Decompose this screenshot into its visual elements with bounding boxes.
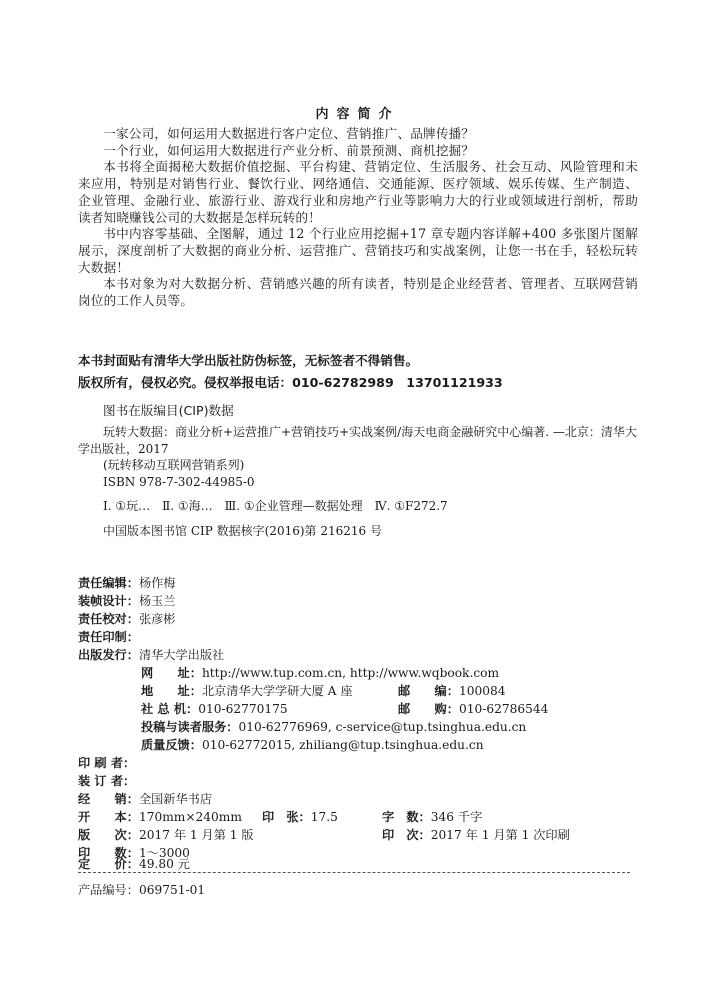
- switchboard-value: 010-62770175: [198, 702, 287, 716]
- price-row: 定 价：49.80 元: [78, 855, 190, 872]
- cip-classification: Ⅰ. ①玩… Ⅱ. ①海… Ⅲ. ①企业管理—数据处理 Ⅳ. ①F272.7: [78, 498, 638, 515]
- copyright-notice: 版权所有，侵权必究。侵权举报电话：010-62782989 1370112193…: [78, 372, 503, 391]
- dashed-divider: [78, 872, 630, 873]
- impression-label: 印 次：: [382, 828, 431, 842]
- address-label: 地 址：: [141, 684, 202, 698]
- copyright-page: 内容简介 一家公司，如何运用大数据进行客户定位、营销推广、品牌传播？ 一个行业，…: [0, 0, 715, 1000]
- edition-row: 版 次：2017 年 1 月第 1 版: [78, 826, 254, 843]
- design-row: 装帧设计：杨玉兰: [78, 592, 176, 609]
- cip-block: 玩转大数据：商业分析+运营推广+营销技巧+实战案例/海天电商金融研究中心编著. …: [78, 424, 638, 539]
- print-resp-label: 责任印制：: [78, 630, 139, 644]
- cip-title: 图书在版编目(CIP)数据: [103, 400, 234, 419]
- binder-row: 装 订 者：: [78, 772, 135, 789]
- publisher-label: 出版发行：: [78, 648, 139, 662]
- service-value: 010-62776969, c-service@tup.tsinghua.edu…: [239, 720, 527, 734]
- format-value: 170mm×240mm: [139, 810, 242, 824]
- distributor-label: 经 销：: [78, 792, 139, 806]
- feedback-row: 质量反馈：010-62772015, zhiliang@tup.tsinghua…: [141, 736, 484, 753]
- printer-label: 印 刷 者：: [78, 756, 135, 770]
- impression-row: 印 次：2017 年 1 月第 1 次印刷: [382, 826, 570, 843]
- publisher-value: 清华大学出版社: [139, 648, 224, 662]
- mailorder-row: 邮 购：010-62786544: [398, 700, 548, 717]
- summary-paragraph: 本书将全面揭秘大数据价值挖掘、平台构建、营销定位、生活服务、社会互动、风险管理和…: [78, 159, 638, 226]
- feedback-value: 010-62772015, zhiliang@tup.tsinghua.edu.…: [202, 738, 484, 752]
- summary-body: 一家公司，如何运用大数据进行客户定位、营销推广、品牌传播？ 一个行业，如何运用大…: [78, 126, 638, 310]
- switchboard-label: 社 总 机：: [141, 702, 198, 716]
- words-label: 字 数：: [382, 810, 431, 824]
- product-no-row: 产品编号：069751-01: [78, 881, 205, 898]
- price-value: 49.80 元: [139, 857, 190, 871]
- web-label: 网 址：: [141, 666, 202, 680]
- web-value: http://www.tup.com.cn, http://www.wqbook…: [202, 666, 499, 680]
- address-row: 地 址：北京清华大学学研大厦 A 座: [141, 682, 353, 699]
- summary-paragraph: 书中内容零基础、全图解，通过 12 个行业应用挖掘+17 章专题内容详解+400…: [78, 226, 638, 276]
- summary-title: 内容简介: [0, 103, 715, 122]
- edition-value: 2017 年 1 月第 1 版: [139, 828, 254, 842]
- service-label: 投稿与读者服务：: [141, 720, 239, 734]
- format-label: 开 本：: [78, 810, 139, 824]
- editor-value: 杨作梅: [139, 576, 176, 590]
- publisher-row: 出版发行：清华大学出版社: [78, 646, 224, 663]
- postcode-row: 邮 编：100084: [398, 682, 505, 699]
- design-label: 装帧设计：: [78, 594, 139, 608]
- proof-row: 责任校对：张彦彬: [78, 610, 176, 627]
- proof-value: 张彦彬: [139, 612, 176, 626]
- product-no-label: 产品编号：: [78, 883, 139, 897]
- words-row: 字 数：346 千字: [382, 808, 482, 825]
- impression-value: 2017 年 1 月第 1 次印刷: [431, 828, 570, 842]
- summary-paragraph: 一家公司，如何运用大数据进行客户定位、营销推广、品牌传播？: [78, 126, 638, 143]
- proof-label: 责任校对：: [78, 612, 139, 626]
- feedback-label: 质量反馈：: [141, 738, 202, 752]
- product-no-value: 069751-01: [139, 883, 205, 897]
- postcode-value: 100084: [459, 684, 506, 698]
- design-value: 杨玉兰: [139, 594, 176, 608]
- service-row: 投稿与读者服务：010-62776969, c-service@tup.tsin…: [141, 718, 526, 735]
- words-value: 346 千字: [431, 810, 483, 824]
- summary-paragraph: 本书对象为对大数据分析、营销感兴趣的所有读者，特别是企业经营者、管理者、互联网营…: [78, 276, 638, 309]
- address-value: 北京清华大学学研大厦 A 座: [202, 684, 353, 698]
- printer-row: 印 刷 者：: [78, 754, 135, 771]
- cip-isbn: ISBN 978-7-302-44985-0: [78, 474, 638, 491]
- postcode-label: 邮 编：: [398, 684, 459, 698]
- cip-verification: 中国版本图书馆 CIP 数据核字(2016)第 216216 号: [78, 523, 638, 540]
- sheets-row: 印 张：17.5: [262, 808, 338, 825]
- binder-label: 装 订 者：: [78, 774, 135, 788]
- editor-row: 责任编辑：杨作梅: [78, 574, 176, 591]
- price-label: 定 价：: [78, 857, 139, 871]
- sheets-label: 印 张：: [262, 810, 311, 824]
- distributor-row: 经 销：全国新华书店: [78, 790, 212, 807]
- switchboard-row: 社 总 机：010-62770175: [141, 700, 288, 717]
- edition-label: 版 次：: [78, 828, 139, 842]
- web-row: 网 址：http://www.tup.com.cn, http://www.wq…: [141, 664, 499, 681]
- format-row: 开 本：170mm×240mm: [78, 808, 242, 825]
- summary-paragraph: 一个行业，如何运用大数据进行产业分析、前景预测、商机挖掘？: [78, 143, 638, 160]
- mailorder-value: 010-62786544: [459, 702, 548, 716]
- editor-label: 责任编辑：: [78, 576, 139, 590]
- sheets-value: 17.5: [311, 810, 338, 824]
- print-resp-row: 责任印制：: [78, 628, 139, 645]
- distributor-value: 全国新华书店: [139, 792, 212, 806]
- cip-series: (玩转移动互联网营销系列): [78, 457, 638, 474]
- mailorder-label: 邮 购：: [398, 702, 459, 716]
- cip-entry: 玩转大数据：商业分析+运营推广+营销技巧+实战案例/海天电商金融研究中心编著. …: [78, 424, 638, 457]
- anti-counterfeit-notice: 本书封面贴有清华大学出版社防伪标签，无标签者不得销售。: [78, 350, 418, 369]
